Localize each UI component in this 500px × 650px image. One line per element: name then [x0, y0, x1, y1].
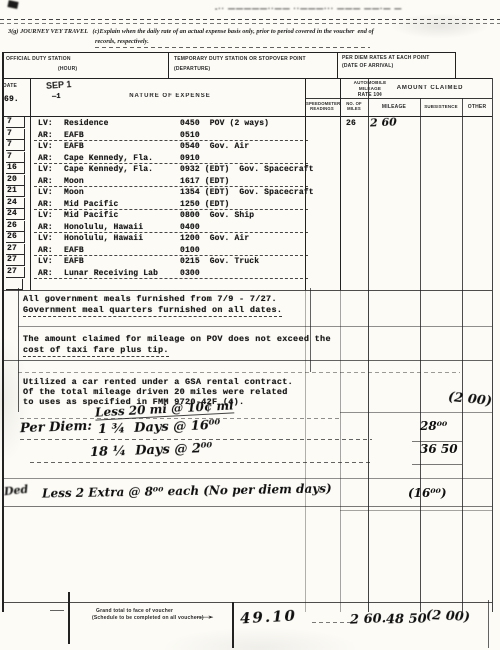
expense-detail: 0540 Gov. Air	[180, 143, 249, 151]
expense-row: 16 LV: Cape Kennedy, Fla. 0932 (EDT) Gov…	[0, 164, 500, 176]
expense-date: 16	[6, 163, 25, 174]
expense-row: 27 AR: Lunar Receiving Lab 0300	[0, 268, 500, 280]
pov-note-line2: cost of taxi fare plus tip.	[23, 346, 169, 357]
automobile-header-line3: RATE 10¢	[340, 92, 400, 98]
divider	[312, 622, 352, 623]
divider	[412, 464, 462, 465]
divider	[50, 610, 64, 611]
expense-detail: 0100	[180, 247, 200, 255]
expense-date: 24	[6, 209, 25, 220]
expense-row: 21 LV: Moon 1354 (EDT) Gov. Spacecraft	[0, 187, 500, 199]
arrow-icon: →	[196, 609, 213, 623]
expense-row: 20 AR: Moon 1617 (EDT)	[0, 176, 500, 188]
no-of-miles-header: NO. OF MILES	[342, 101, 366, 112]
divider	[337, 52, 338, 78]
expense-place: EAFB	[64, 258, 84, 266]
expense-row: 26 AR: Honolulu, Hawaii 0400	[0, 222, 500, 234]
stamp-sub-mark: —1	[52, 94, 61, 101]
divider	[30, 462, 372, 463]
divider	[0, 19, 500, 20]
meals-note-line2: Government meal quarters furnished on al…	[23, 306, 282, 317]
notes-box-left-border	[18, 288, 19, 412]
expense-date: 26	[6, 221, 25, 232]
rental-note-line2: Of the total mileage driven 20 miles wer…	[23, 388, 288, 397]
expense-date: 7	[6, 140, 25, 151]
divider	[2, 360, 492, 361]
received-date-stamp: SEP 1	[46, 79, 72, 91]
expense-direction: LV:	[38, 212, 53, 220]
mileage-amount: 2 60	[370, 116, 397, 130]
page-heading-fragment: -·· —————··—— ··———··· ——— ——·— —	[215, 6, 402, 13]
expense-date: 7	[6, 152, 25, 163]
grand-total-value: 49.10	[240, 607, 298, 628]
expense-direction: AR:	[38, 270, 53, 278]
subsistence-column-header: SUBSISTENCE	[420, 104, 462, 110]
expense-detail: 1200 Gov. Air	[180, 235, 249, 243]
per-diem-label: Per Diem:	[20, 419, 93, 437]
expense-direction: AR:	[38, 247, 53, 255]
expense-row: 7 LV: EAFB 0540 Gov. Air	[0, 141, 500, 153]
official-station-box-sublabel: (HOUR)	[58, 66, 77, 72]
temporary-duty-box-label: TEMPORARY DUTY STATION OR STOPOVER POINT	[174, 56, 332, 62]
expense-detail: 0300	[180, 270, 200, 278]
grand-total-label: Grand total to face of voucher	[96, 608, 173, 614]
expense-direction: AR:	[38, 224, 53, 232]
divider	[2, 52, 455, 53]
expense-date: 26	[6, 232, 25, 243]
miles-value: 26	[346, 120, 356, 128]
temporary-duty-box-sublabel: (DEPARTURE)	[174, 66, 210, 72]
divider	[2, 602, 492, 603]
divider	[2, 290, 492, 291]
mileage-total-value: 2 60.	[350, 611, 387, 627]
pov-note-line1: The amount claimed for mileage on POV do…	[23, 335, 331, 344]
subsistence-total-value: 48 50	[386, 612, 427, 628]
expense-place: Lunar Receiving Lab	[64, 270, 158, 278]
expense-place: Cape Kennedy, Fla.	[64, 166, 153, 174]
voucher-sheet: -·· —————··—— ··———··· ——— ——·— — 3(g) J…	[0, 0, 500, 650]
per-diem-line2: 18 ¼ Days @ 2⁰⁰	[90, 441, 213, 460]
nature-of-expense-header: NATURE OF EXPENSE	[90, 93, 250, 101]
per-diem-rates-box-sublabel: (DATE OF ARRIVAL)	[342, 63, 393, 69]
divider	[340, 290, 341, 612]
expense-direction: LV:	[38, 166, 53, 174]
per-diem-rates-box-label: PER DIEM RATES AT EACH POINT	[342, 55, 452, 61]
expense-date: 27	[6, 255, 25, 266]
divider	[95, 47, 370, 48]
per-diem-line1: 1 ¾ Days @ 16⁰⁰	[98, 418, 221, 437]
divider	[20, 439, 372, 440]
expense-direction: LV:	[38, 235, 53, 243]
amount-claimed-header: AMOUNT CLAIMED	[368, 85, 492, 93]
expense-detail: 0510	[180, 132, 200, 140]
expense-place: Cape Kennedy, Fla.	[64, 155, 153, 163]
expense-detail: 1617 (EDT)	[180, 178, 230, 186]
expense-direction: LV:	[38, 143, 53, 151]
divider	[18, 326, 492, 327]
divider	[18, 372, 460, 373]
expense-date: 27	[6, 267, 25, 278]
expense-date: 7	[6, 117, 25, 128]
expense-direction: LV:	[38, 120, 53, 128]
expense-place: EAFB	[64, 143, 84, 151]
expense-row: 7 AR: EAFB 0510	[0, 130, 500, 142]
per-diem-amount2: 36 50	[420, 442, 458, 456]
divider	[455, 52, 456, 78]
divider	[340, 412, 492, 413]
expense-direction: AR:	[38, 155, 53, 163]
expense-place: Honolulu, Hawaii	[64, 224, 143, 232]
expense-detail: 0450 POV (2 ways)	[180, 120, 269, 128]
total-box-border	[232, 602, 234, 648]
expense-place: Residence	[64, 120, 109, 128]
expense-detail: 0910	[180, 155, 200, 163]
expense-place: EAFB	[64, 247, 84, 255]
expense-detail: 1354 (EDT) Gov. Spacecraft	[180, 189, 314, 197]
expense-place: Honolulu, Hawaii	[64, 235, 143, 243]
expense-detail: 0800 Gov. Ship	[180, 212, 254, 220]
other-column-header: OTHER	[462, 104, 492, 110]
form-instruction-line-2: records, respectively.	[95, 38, 149, 46]
other-total-value: (2 00)	[426, 608, 471, 625]
divider	[2, 478, 492, 479]
form-instruction-line: 3(g) JOURNEY VEY TRAVEL (c)Explain when …	[8, 28, 496, 36]
expense-detail: 1250 (EDT)	[180, 201, 230, 209]
official-station-box-label: OFFICIAL DUTY STATION	[6, 56, 161, 62]
expense-row: 24 LV: Mid Pacific 0800 Gov. Ship	[0, 210, 500, 222]
divider	[2, 506, 492, 507]
expense-place: EAFB	[64, 132, 84, 140]
expense-place: Moon	[64, 189, 84, 197]
speedometer-readings-header: SPEEDOMETER READINGS	[306, 101, 338, 112]
expense-date: 27	[6, 244, 25, 255]
expense-date: 7	[6, 129, 25, 140]
expense-row: 27 LV: EAFB 0215 Gov. Truck	[0, 256, 500, 268]
per-diem-amount1: 28⁰⁰	[420, 419, 447, 433]
expense-date: 21	[6, 186, 25, 197]
expense-direction: AR:	[38, 178, 53, 186]
row-underline	[34, 278, 308, 279]
expense-row: 7 AR: Cape Kennedy, Fla. 0910	[0, 153, 500, 165]
expense-detail: 0400	[180, 224, 200, 232]
grand-total-sublabel: (Schedule to be completed on all voucher…	[92, 615, 204, 621]
date-column-header: DATE	[3, 83, 17, 89]
scan-artifact	[7, 0, 18, 9]
expense-place: Mid Pacific	[64, 212, 118, 220]
expense-direction: AR:	[38, 132, 53, 140]
expense-direction: LV:	[38, 258, 53, 266]
expense-direction: LV:	[38, 189, 53, 197]
deduction-note: Less 2 Extra @ 8⁰⁰ each (No per diem day…	[42, 481, 332, 500]
divider	[488, 600, 489, 648]
expense-row: 26 LV: Honolulu, Hawaii 1200 Gov. Air	[0, 233, 500, 245]
expense-date: 24	[6, 198, 25, 209]
expense-row: 7 LV: Residence 0450 POV (2 ways) 26 2 6…	[0, 118, 500, 130]
deduction-lead-mark: Ded	[3, 483, 28, 498]
expense-detail: 0215 Gov. Truck	[180, 258, 259, 266]
expense-place: Mid Pacific	[64, 201, 118, 209]
divider	[2, 78, 492, 79]
divider	[68, 592, 70, 644]
expense-detail: 0932 (EDT) Gov. Spacecraft	[180, 166, 314, 174]
divider	[168, 52, 169, 78]
rental-note-line1: Utilized a car rented under a GSA rental…	[23, 378, 293, 387]
mileage-column-header: MILEAGE	[368, 104, 420, 110]
expense-direction: AR:	[38, 201, 53, 209]
expense-row: 24 AR: Mid Pacific 1250 (EDT)	[0, 199, 500, 211]
less-mileage-amount: (2 00)	[447, 390, 492, 410]
expense-row: 27 AR: EAFB 0100	[0, 245, 500, 257]
meals-note-line1: All government meals furnished from 7/9 …	[23, 295, 277, 304]
expense-place: Moon	[64, 178, 84, 186]
empty-date-cell	[6, 279, 23, 290]
divider	[340, 510, 492, 511]
expense-date: 20	[6, 175, 25, 186]
deduction-amount: (16⁰⁰)	[408, 486, 447, 500]
date-year-label: 69.	[4, 96, 19, 104]
divider	[0, 23, 500, 24]
